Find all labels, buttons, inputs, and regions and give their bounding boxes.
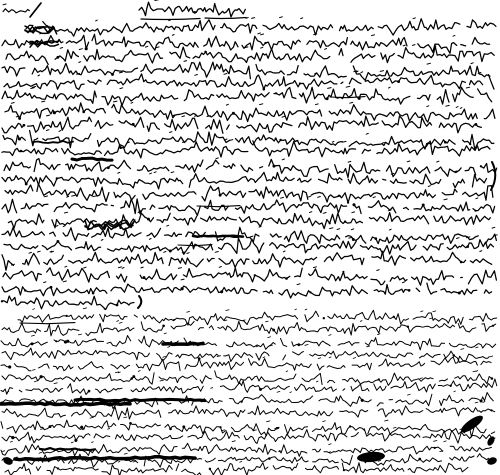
strikethrough-mark [193, 236, 243, 237]
text-line [1, 443, 491, 456]
text-line [2, 87, 492, 105]
text-line [26, 19, 496, 37]
diacritic-marks [428, 186, 430, 187]
diacritic-marks [29, 251, 482, 254]
text-line [2, 227, 496, 243]
diacritic-marks [155, 0, 158, 1]
diacritic-marks [33, 370, 478, 373]
diacritic-marks [16, 115, 285, 117]
diacritic-marks [90, 417, 388, 422]
text-line [1, 356, 497, 371]
handwriting-svg [0, 0, 500, 475]
text-line [2, 348, 489, 362]
ink-blot [486, 456, 498, 466]
strikethrough-mark [72, 158, 112, 160]
text-line [2, 172, 487, 189]
diacritic-marks [33, 308, 436, 312]
title-stroke [139, 2, 245, 17]
paragraph-2-handwriting [1, 308, 497, 475]
text-line [2, 371, 492, 386]
paragraph-1-handwriting [1, 17, 497, 310]
text-line [5, 184, 493, 203]
text-line [2, 251, 492, 270]
strikethrough-mark [163, 343, 203, 344]
manuscript-page [0, 0, 500, 475]
corner-mark-stroke [3, 9, 29, 13]
margin-paren-mark [138, 296, 141, 308]
diacritic-marks [44, 195, 478, 200]
strikethrough-mark [40, 448, 95, 450]
diacritic-marks [79, 61, 473, 64]
text-line [1, 379, 497, 395]
diacritic-marks [65, 210, 392, 213]
ink-blot [2, 456, 14, 467]
text-line [3, 268, 496, 286]
title-handwriting [139, 0, 246, 19]
strikethrough-mark [0, 403, 130, 405]
diacritic-marks [35, 378, 423, 384]
ink-pressure-spot [323, 317, 325, 319]
text-line [2, 34, 490, 53]
word-underline [20, 323, 75, 324]
diacritic-marks [11, 101, 462, 108]
corner-folio-mark [3, 3, 41, 17]
strikethrough-mark [15, 457, 195, 460]
strikethrough-mark [75, 399, 205, 401]
text-line [2, 283, 492, 298]
diacritic-marks [31, 333, 380, 338]
text-line [4, 159, 497, 178]
diacritic-marks [216, 158, 439, 162]
text-line [2, 141, 490, 158]
title-underline [205, 18, 246, 19]
strikethrough-mark [33, 141, 73, 143]
diacritic-marks [46, 130, 368, 135]
text-line [4, 238, 494, 254]
text-line [2, 296, 134, 310]
text-line [4, 74, 494, 90]
diacritic-marks [31, 86, 470, 88]
ink-blot [357, 451, 386, 463]
diacritic-marks [3, 4, 6, 5]
text-line [3, 131, 494, 150]
text-line [1, 420, 495, 437]
diacritic-marks [6, 461, 381, 463]
corner-slash-stroke [30, 3, 41, 17]
title-underline [141, 19, 200, 20]
text-line [2, 321, 496, 336]
word-underline [197, 206, 240, 207]
text-line [8, 213, 490, 229]
text-line [2, 406, 495, 420]
text-line [1, 336, 496, 350]
text-line [18, 310, 497, 325]
text-line [5, 463, 468, 475]
text-line [2, 62, 490, 80]
text-line [2, 199, 495, 216]
